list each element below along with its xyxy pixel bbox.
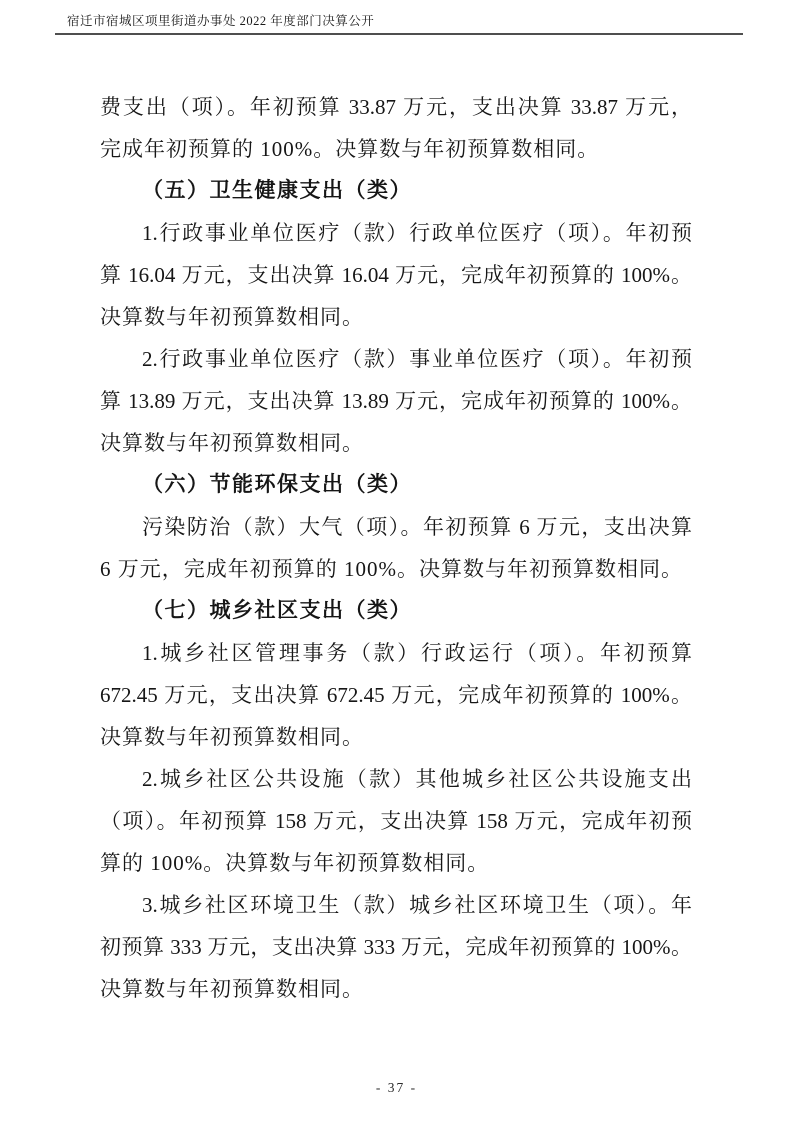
text-line: 费支出（项）。年初预算 33.87 万元，支出决算 33.87 万元， [100, 86, 692, 128]
text-line: 2.城乡社区公共设施（款）其他城乡社区公共设施支出 [100, 758, 692, 800]
header-title: 宿迁市宿城区项里街道办事处 2022 年度部门决算公开 [67, 14, 374, 28]
paragraph: 3.城乡社区环境卫生（款）城乡社区环境卫生（项）。年初预算 333 万元，支出决… [100, 884, 692, 1010]
text-line: 1.行政事业单位医疗（款）行政单位医疗（项）。年初预 [100, 212, 692, 254]
text-line: 算 13.89 万元，支出决算 13.89 万元，完成年初预算的 100%。 [100, 380, 692, 422]
text-line: （项）。年初预算 158 万元，支出决算 158 万元，完成年初预 [100, 800, 692, 842]
text-line: 决算数与年初预算数相同。 [100, 716, 692, 758]
section-heading: （六）节能环保支出（类） [100, 464, 692, 506]
paragraph: 1.城乡社区管理事务（款）行政运行（项）。年初预算672.45 万元，支出决算 … [100, 632, 692, 758]
text-line: （七）城乡社区支出（类） [100, 590, 692, 632]
paragraph: 费支出（项）。年初预算 33.87 万元，支出决算 33.87 万元，完成年初预… [100, 86, 692, 170]
section-heading: （五）卫生健康支出（类） [100, 170, 692, 212]
text-line: 污染防治（款）大气（项）。年初预算 6 万元，支出决算 [100, 506, 692, 548]
document-body: 费支出（项）。年初预算 33.87 万元，支出决算 33.87 万元，完成年初预… [100, 86, 692, 1010]
text-line: 决算数与年初预算数相同。 [100, 296, 692, 338]
text-line: 算 16.04 万元，支出决算 16.04 万元，完成年初预算的 100%。 [100, 254, 692, 296]
page-number: - 37 - [376, 1080, 417, 1095]
text-line: 算的 100%。决算数与年初预算数相同。 [100, 842, 692, 884]
text-line: 决算数与年初预算数相同。 [100, 422, 692, 464]
text-line: 1.城乡社区管理事务（款）行政运行（项）。年初预算 [100, 632, 692, 674]
section-heading: （七）城乡社区支出（类） [100, 590, 692, 632]
text-line: 3.城乡社区环境卫生（款）城乡社区环境卫生（项）。年 [100, 884, 692, 926]
page-footer: - 37 - [0, 1080, 793, 1096]
text-line: 初预算 333 万元，支出决算 333 万元，完成年初预算的 100%。 [100, 926, 692, 968]
text-line: （五）卫生健康支出（类） [100, 170, 692, 212]
paragraph: 1.行政事业单位医疗（款）行政单位医疗（项）。年初预算 16.04 万元，支出决… [100, 212, 692, 338]
text-line: 决算数与年初预算数相同。 [100, 968, 692, 1010]
text-line: 2.行政事业单位医疗（款）事业单位医疗（项）。年初预 [100, 338, 692, 380]
paragraph: 2.行政事业单位医疗（款）事业单位医疗（项）。年初预算 13.89 万元，支出决… [100, 338, 692, 464]
text-line: 6 万元，完成年初预算的 100%。决算数与年初预算数相同。 [100, 548, 692, 590]
paragraph: 污染防治（款）大气（项）。年初预算 6 万元，支出决算6 万元，完成年初预算的 … [100, 506, 692, 590]
text-line: （六）节能环保支出（类） [100, 464, 692, 506]
text-line: 672.45 万元，支出决算 672.45 万元，完成年初预算的 100%。 [100, 674, 692, 716]
document-page: 宿迁市宿城区项里街道办事处 2022 年度部门决算公开 费支出（项）。年初预算 … [0, 0, 793, 1122]
paragraph: 2.城乡社区公共设施（款）其他城乡社区公共设施支出（项）。年初预算 158 万元… [100, 758, 692, 884]
text-line: 完成年初预算的 100%。决算数与年初预算数相同。 [100, 128, 692, 170]
page-header: 宿迁市宿城区项里街道办事处 2022 年度部门决算公开 [55, 0, 743, 35]
